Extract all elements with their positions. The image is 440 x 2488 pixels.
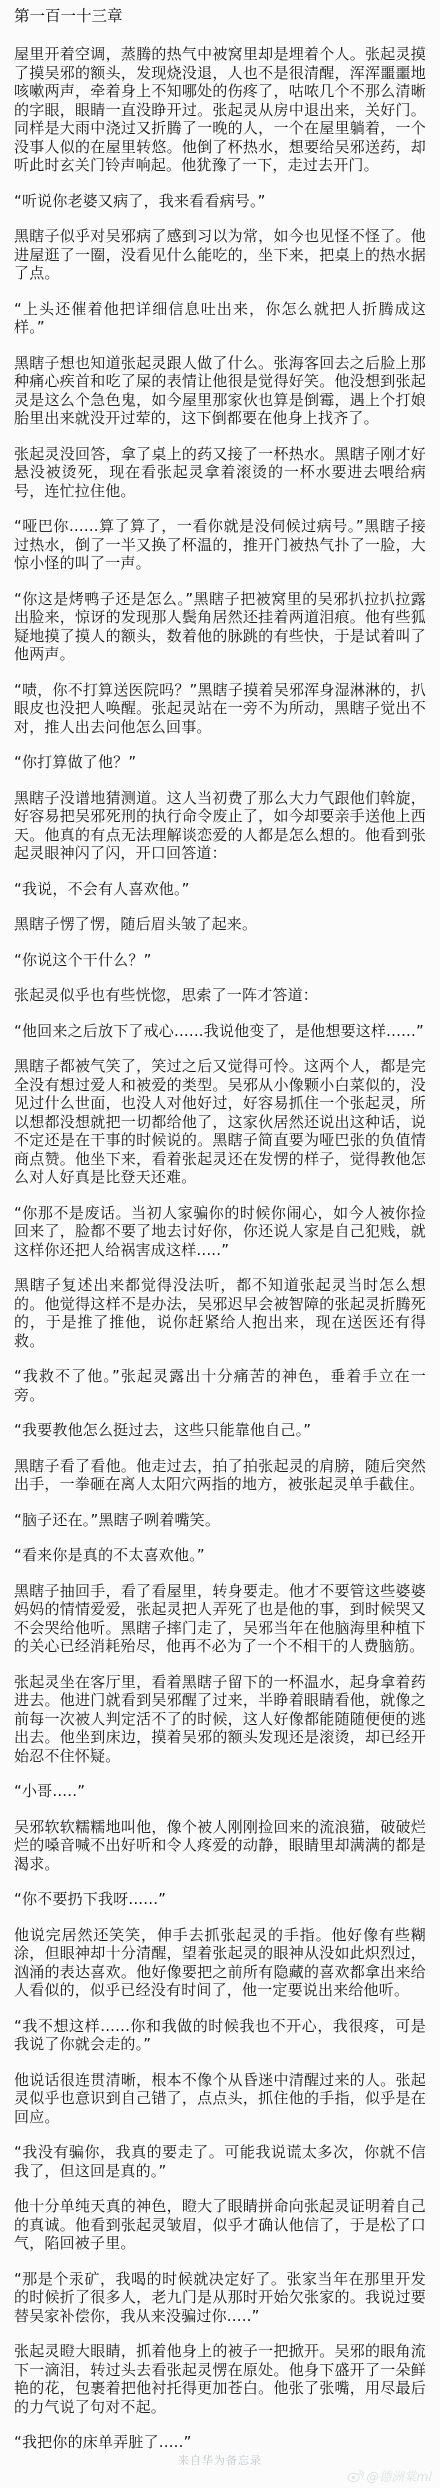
paragraph: “我没有骗你，我真的要走了。可能我说谎太多次，你就不信我了，但这回是真的。”	[14, 2143, 426, 2180]
paragraph: “我把你的床单弄脏了.....”	[14, 2433, 426, 2452]
chapter-body: 屋里开着空调，蒸腾的热气中被窝里却是埋着个人。张起灵摸了摸吴邪的额头，发现烧没退…	[14, 45, 426, 2452]
paragraph: 黑瞎子抽回手，看了看屋里，转身要走。他才不要管这些婆婆妈妈的情情爱爱，张起灵把人…	[14, 1582, 426, 1656]
paragraph: “哑巴你......算了算了，一看你就是没伺候过病号。”黑瞎子接过热水，倒了一半…	[14, 517, 426, 573]
paragraph: “我救不了他。”张起灵露出十分痛苦的神色，垂着手立在一旁。	[14, 1367, 426, 1404]
paragraph: 黑瞎子想也知道张起灵跟人做了什么。张海客回去之后脸上那种痛心疾首和吃了屎的表情让…	[14, 354, 426, 428]
note-page: 第一百一十三章 屋里开着空调，蒸腾的热气中被窝里却是埋着个人。张起灵摸了摸吴邪的…	[0, 0, 440, 2488]
weibo-icon	[347, 2469, 364, 2483]
paragraph: “啧，你不打算送医院吗？”黑瞎子摸着吴邪浑身湿淋淋的，扒眼皮也没把人唤醒。张起灵…	[14, 681, 426, 737]
paragraph: “你说这个干什么？”	[14, 951, 426, 970]
paragraph: “那是个汞矿，我喝的时候就决定好了。张家当年在那里开发的时候折了很多人，老九门是…	[14, 2270, 426, 2326]
paragraph: “上头还催着他把详细信息吐出来，你怎么就把人折腾成这样。”	[14, 300, 426, 337]
paragraph: 黑瞎子没谱地猜测道。这人当初费了那么大力气跟他们斡旋，好容易把吴邪死刑的执行命令…	[14, 789, 426, 863]
paragraph: 他说完居然还笑笑，伸手去抓张起灵的手指。他好像有些糊涂，但眼神却十分清醒，望着张…	[14, 1926, 426, 2000]
paragraph: 黑瞎子似乎对吴邪病了感到习以为常，如今也见怪不怪了。他进屋逛了一圈，没看见什么能…	[14, 227, 426, 283]
paragraph: “他回来之后放下了戒心......我说他变了，是他想要这样......”	[14, 1022, 426, 1041]
paragraph: “听说你老婆又病了，我来看看病号。”	[14, 192, 426, 211]
paragraph: “我说，不会有人喜欢他。”	[14, 880, 426, 899]
watermark-text: @德洲棠ml	[366, 2467, 432, 2485]
paragraph: “我不想这样......你和我做的时候我也不开心，我很疼，可是我说了你就会走的。…	[14, 2017, 426, 2054]
paragraph: 黑瞎子愣了愣，随后眉头皱了起来。	[14, 915, 426, 934]
paragraph: “小哥.....”	[14, 1782, 426, 1801]
paragraph: “我要教他怎么挺过去，这些只能靠他自己。”	[14, 1421, 426, 1440]
paragraph: 吴邪软软糯糯地叫他，像个被人刚刚捡回来的流浪猫，破破烂烂的嗓音喊不出好听和令人疼…	[14, 1818, 426, 1874]
paragraph: 黑瞎子看了看他。他走过去，拍了拍张起灵的肩膀，随后突然出手，一拳砸在离人太阳穴两…	[14, 1457, 426, 1494]
weibo-watermark: @德洲棠ml	[347, 2467, 432, 2485]
paragraph: “你这是烤鸭子还是怎么。”黑瞎子把被窝里的吴邪扒拉扒拉露出脸来，惊讶的发现那人鬓…	[14, 590, 426, 664]
paragraph: “你不要扔下我呀......”	[14, 1890, 426, 1909]
paragraph: 屋里开着空调，蒸腾的热气中被窝里却是埋着个人。张起灵摸了摸吴邪的额头，发现烧没退…	[14, 45, 426, 175]
paragraph: 他十分单纯天真的神色，瞪大了眼睛拼命向张起灵证明着自己的真诚。他看到张起灵皱眉，…	[14, 2197, 426, 2253]
paragraph: “脑子还在。”黑瞎子咧着嘴笑。	[14, 1511, 426, 1530]
paragraph: 张起灵坐在客厅里，看着黑瞎子留下的一杯温水，起身拿着药进去。他进门就看到吴邪醒了…	[14, 1673, 426, 1766]
paragraph: “你那不是废话。当初人家骗你的时候你闹心，如今人被你捡回来了，脸都不要了地去讨好…	[14, 1204, 426, 1260]
paragraph: 张起灵似乎也有些恍惚，思索了一阵才答道：	[14, 986, 426, 1005]
source-footer: 来自华为备忘录	[0, 2452, 440, 2468]
chapter-title: 第一百一十三章	[14, 7, 426, 26]
paragraph: “看来你是真的不太喜欢他。”	[14, 1546, 426, 1565]
paragraph: 他说话很连贯清晰，根本不像个从昏迷中清醒过来的人。张起灵似乎也意识到自己错了，点…	[14, 2071, 426, 2127]
paragraph: 张起灵没回答，拿了桌上的药又接了一杯热水。黑瞎子刚才好悬没被烫死，现在看张起灵拿…	[14, 445, 426, 501]
paragraph: 黑瞎子都被气笑了，笑过之后又觉得可怜。这两个人，都是完全没有想过爱人和被爱的类型…	[14, 1057, 426, 1187]
paragraph: “你打算做了他？”	[14, 753, 426, 772]
paragraph: 黑瞎子复述出来都觉得没法听，都不知道张起灵当时怎么想的。他觉得这样不是办法，吴邪…	[14, 1276, 426, 1350]
paragraph: 张起灵瞪大眼睛，抓着他身上的被子一把掀开。吴邪的眼角流下一滴泪，转过头去看张起灵…	[14, 2342, 426, 2416]
